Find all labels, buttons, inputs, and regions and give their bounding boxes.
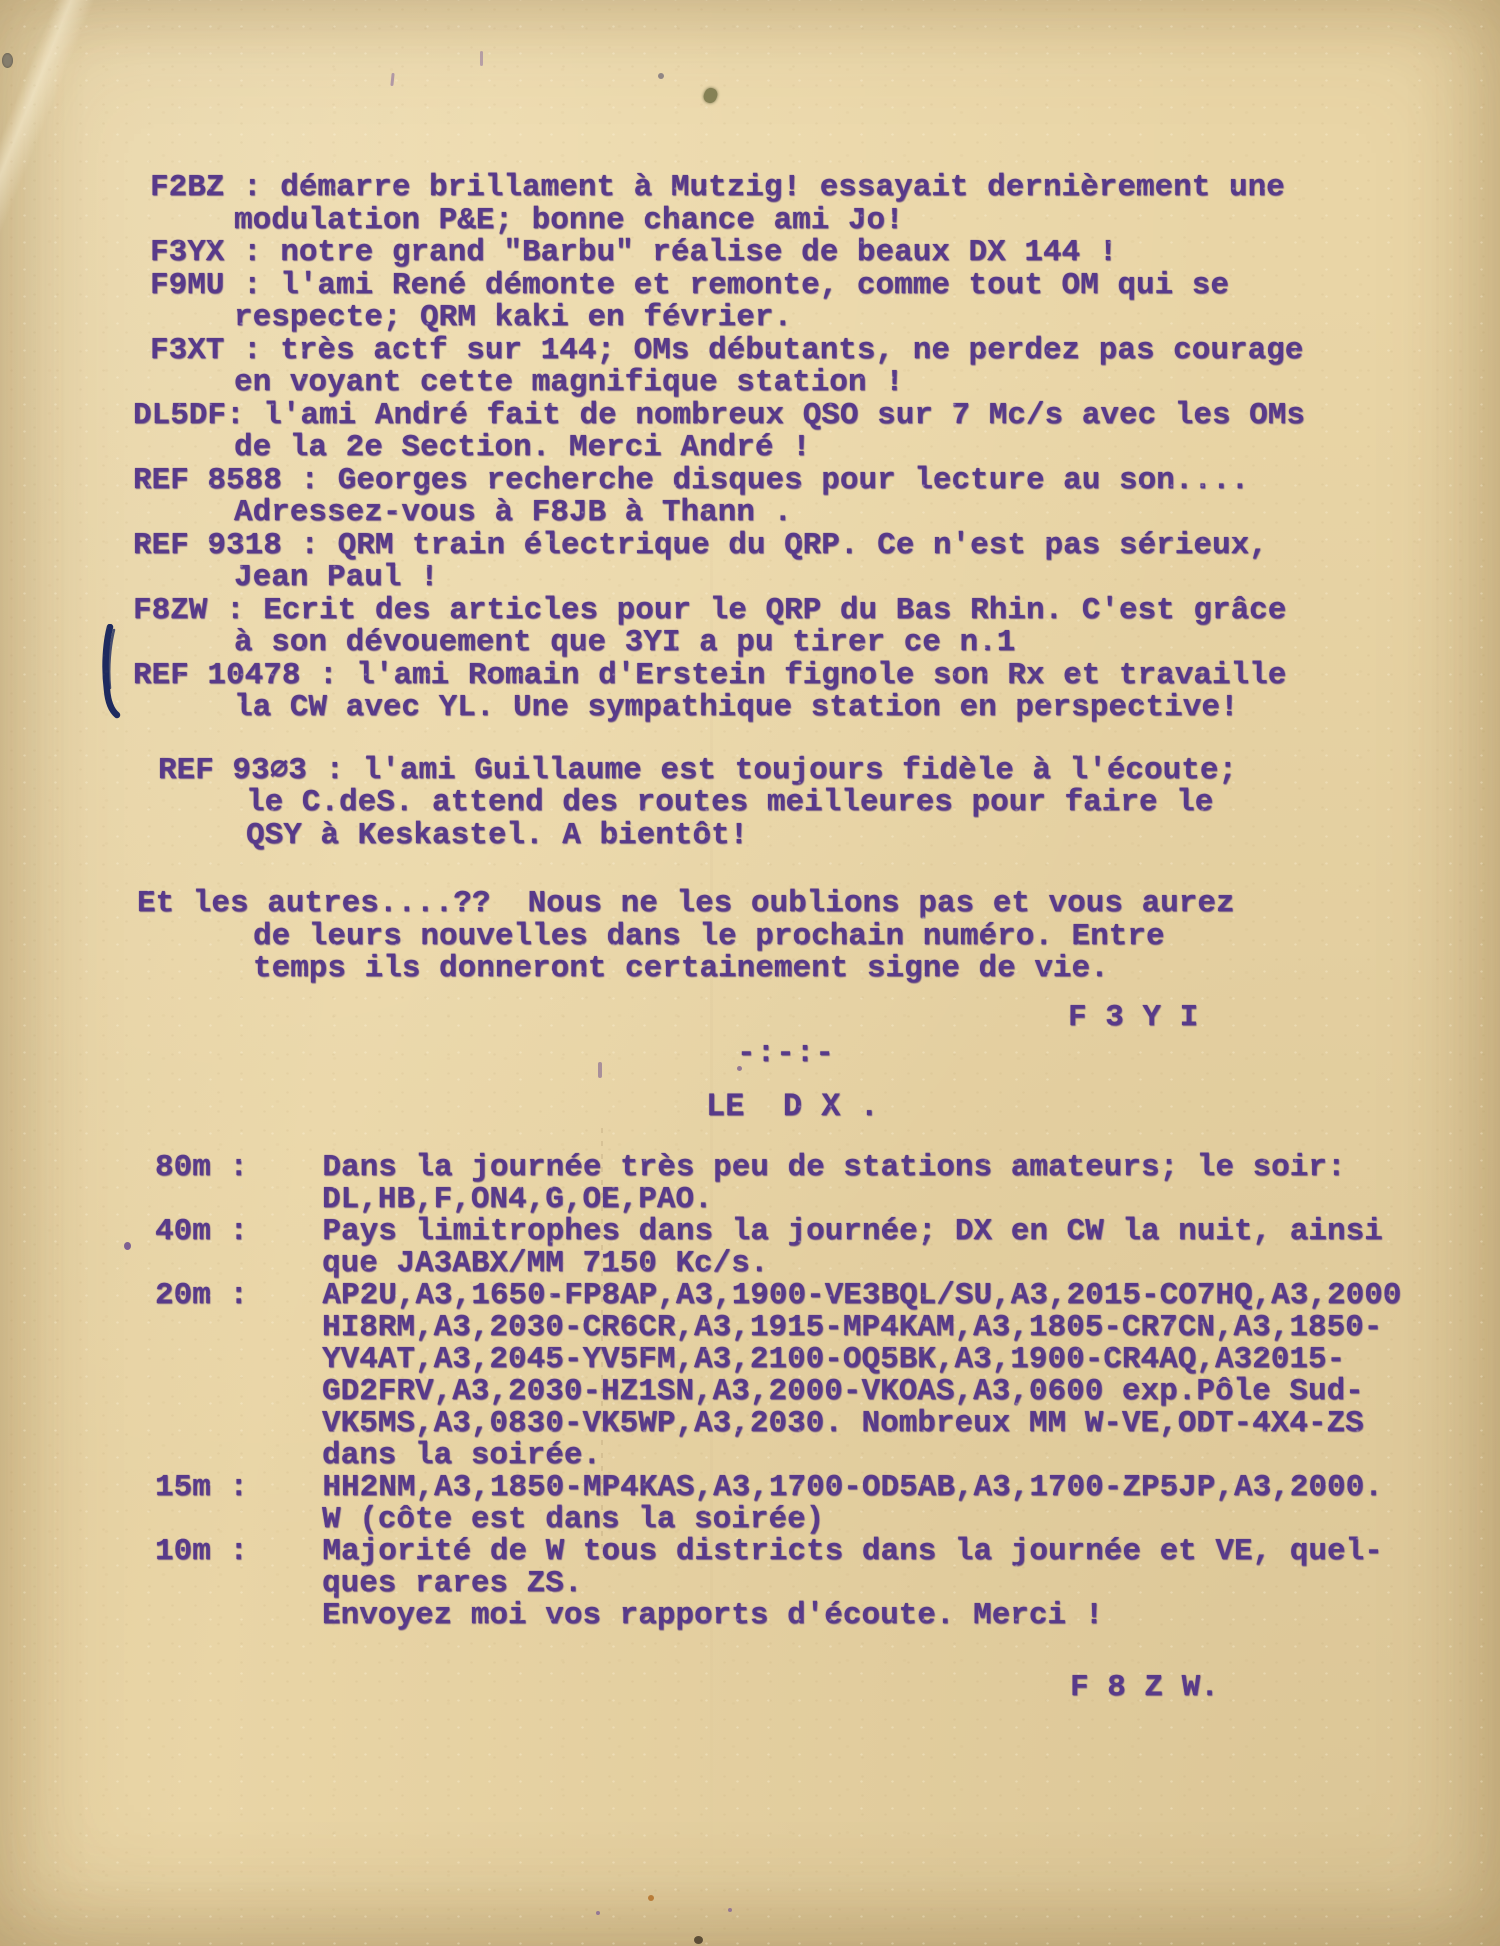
typed-line: en voyant cette magnifique station !	[150, 367, 1305, 400]
typed-line: F2BZ : démarre brillament à Mutzig! essa…	[150, 172, 1305, 205]
ink-speck	[390, 73, 394, 86]
typed-line: GD2FRV,A3,2030-HZ1SN,A3,2000-VKOAS,A3,06…	[155, 1376, 1401, 1408]
paper-crease	[601, 1128, 603, 1558]
typed-line: Jean Paul !	[150, 562, 1305, 595]
pen-stroke-icon	[96, 624, 126, 720]
typed-line: REF 9318 : QRM train électrique du QRP. …	[133, 530, 1305, 563]
ink-speck	[596, 1911, 600, 1915]
typed-line: F8ZW : Ecrit des articles pour le QRP du…	[133, 595, 1305, 628]
others-note: Et les autres....?? Nous ne les oublions…	[150, 888, 1305, 986]
typed-line: REF 8588 : Georges recherche disques pou…	[133, 465, 1305, 498]
typed-line: REF 10478 : l'ami Romain d'Erstein figno…	[133, 660, 1305, 693]
typed-line: YV4AT,A3,2045-YV5FM,A3,2100-OQ5BK,A3,190…	[155, 1344, 1401, 1376]
typed-line: REF 93∅3 : l'ami Guillaume est toujours …	[150, 755, 1305, 788]
paper-speck	[694, 1936, 703, 1944]
typed-line-80m: 80m : Dans la journée très peu de statio…	[155, 1152, 1401, 1184]
typed-line: F9MU : l'ami René démonte et remonte, co…	[150, 270, 1305, 303]
typed-line-15m: 15m : HH2NM,A3,1850-MP4KAS,A3,1700-OD5AB…	[155, 1472, 1401, 1504]
ink-speck	[728, 1908, 732, 1912]
dx-report-block: 80m : Dans la journée très peu de statio…	[155, 1152, 1401, 1632]
typed-line: VK5MS,A3,0830-VK5WP,A3,2030. Nombreux MM…	[155, 1408, 1401, 1440]
typed-line: le C.deS. attend des routes meilleures p…	[150, 787, 1305, 820]
rust-speck	[648, 1895, 654, 1901]
ink-speck	[737, 1066, 742, 1071]
station-news-block: F2BZ : démarre brillament à Mutzig! essa…	[150, 172, 1305, 986]
typed-line: F3YX : notre grand "Barbu" réalise de be…	[150, 237, 1305, 270]
typed-line: dans la soirée.	[155, 1440, 1401, 1472]
ref-9303-note: REF 93∅3 : l'ami Guillaume est toujours …	[150, 755, 1305, 853]
typewritten-page: F2BZ : démarre brillament à Mutzig! essa…	[0, 0, 1500, 1946]
f3yi-signature: F 3 Y I	[1068, 1000, 1198, 1035]
ink-speck	[598, 1062, 602, 1078]
typed-line: DL5DF: l'ami André fait de nombreux QSO …	[133, 400, 1305, 433]
typed-line: DL,HB,F,ON4,G,OE,PAO.	[155, 1184, 1401, 1216]
typed-line: de leurs nouvelles dans le prochain numé…	[150, 921, 1305, 954]
typed-line: Envoyez moi vos rapports d'écoute. Merci…	[155, 1600, 1401, 1632]
typed-line: F3XT : très actf sur 144; OMs débutants,…	[150, 335, 1305, 368]
paper-center-fold	[710, 0, 713, 1946]
typed-line: respecte; QRM kaki en février.	[150, 302, 1305, 335]
typed-line: la CW avec YL. Une sympathique station e…	[150, 692, 1305, 725]
typed-line: que JA3ABX/MM 7150 Kc/s.	[155, 1248, 1401, 1280]
bullet-dot-40m	[124, 1242, 131, 1250]
typed-line: HI8RM,A3,2030-CR6CR,A3,1915-MP4KAM,A3,18…	[155, 1312, 1401, 1344]
stain-speck	[702, 86, 720, 105]
ink-speck	[480, 51, 483, 66]
typed-line-10m: 10m : Majorité de W tous districts dans …	[155, 1536, 1401, 1568]
typed-line-40m: 40m : Pays limitrophes dans la journée; …	[155, 1216, 1401, 1248]
typed-line: QSY à Keskastel. A bientôt!	[150, 820, 1305, 853]
typed-line: de la 2e Section. Merci André !	[150, 432, 1305, 465]
typed-line: Et les autres....?? Nous ne les oublions…	[137, 888, 1305, 921]
paper-speck	[658, 73, 664, 79]
typed-line: modulation P&E; bonne chance ami Jo!	[150, 205, 1305, 238]
typed-line: W (côte est dans la soirée)	[155, 1504, 1401, 1536]
typed-line: temps ils donneront certainement signe d…	[150, 953, 1305, 986]
f8zw-signature: F 8 Z W.	[1070, 1670, 1219, 1705]
typed-separator: -:-:-	[737, 1036, 835, 1071]
margin-pen-mark	[96, 624, 126, 725]
paper-speck	[2, 53, 13, 68]
typed-line: ques rares ZS.	[155, 1568, 1401, 1600]
dx-section-title: LE D X .	[706, 1088, 879, 1125]
typed-line: à son dévouement que 3YI a pu tirer ce n…	[150, 627, 1305, 660]
typed-line: Adressez-vous à F8JB à Thann .	[150, 497, 1305, 530]
typed-line-20m: 20m : AP2U,A3,1650-FP8AP,A3,1900-VE3BQL/…	[155, 1280, 1401, 1312]
